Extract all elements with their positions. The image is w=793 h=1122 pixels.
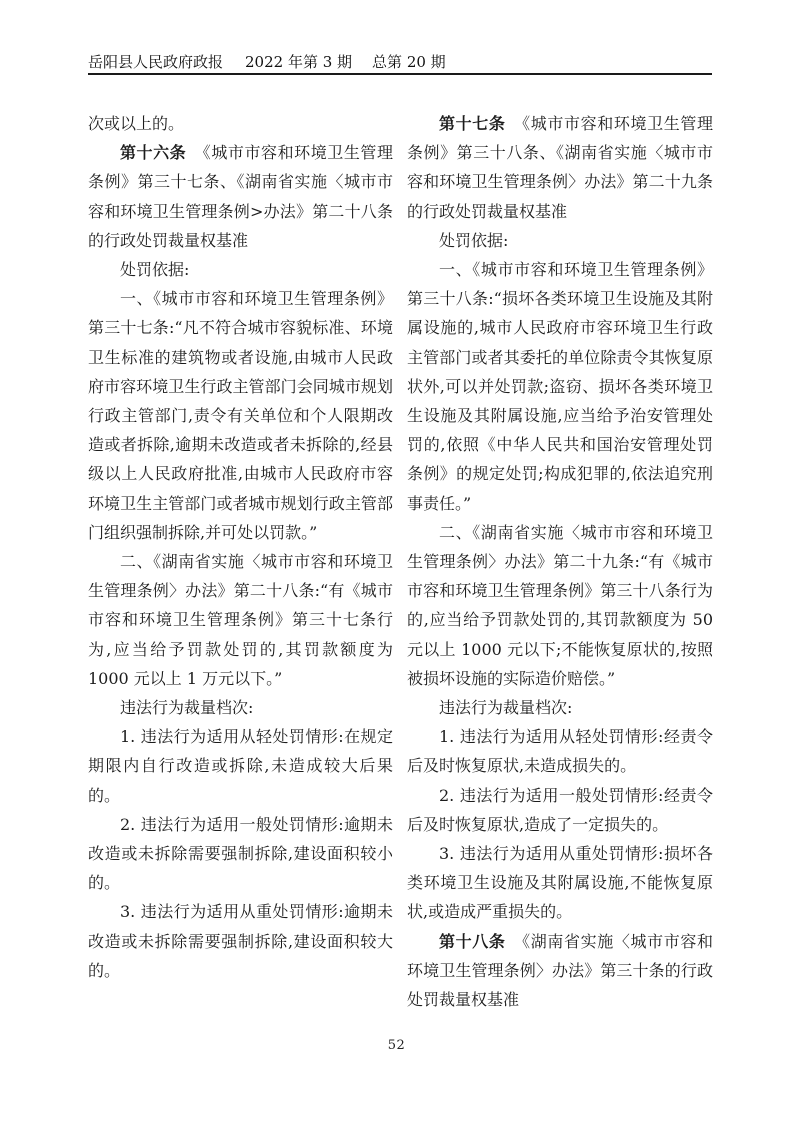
paragraph: 处罚依据:: [407, 226, 713, 255]
paragraph-text: 违法行为裁量档次:: [439, 698, 572, 717]
article-heading: 第十六条: [120, 143, 186, 162]
paragraph-text: 1. 违法行为适用从轻处罚情形:经责令后及时恢复原状,未造成损失的。: [407, 727, 713, 775]
paragraph-text: 3. 违法行为适用从重处罚情形:损坏各类环境卫生设施及其附属设施,不能恢复原状,…: [407, 844, 713, 921]
paragraph: 3. 违法行为适用从重处罚情形:损坏各类环境卫生设施及其附属设施,不能恢复原状,…: [407, 839, 713, 927]
paragraph-text: 违法行为裁量档次:: [120, 698, 253, 717]
paragraph: 处罚依据:: [88, 255, 393, 284]
paragraph: 3. 违法行为适用从重处罚情形:逾期未改造或未拆除需要强制拆除,建设面积较大的。: [88, 897, 393, 985]
paragraph: 第十八条 《湖南省实施〈城市市容和环境卫生管理条例〉办法》第三十条的行政处罚裁量…: [407, 927, 713, 1015]
gazette-issue: 2022 年第 3 期: [245, 53, 352, 71]
paragraph: 1. 违法行为适用从轻处罚情形:在规定期限内自行改造或拆除,未造成较大后果的。: [88, 722, 393, 810]
text-column-right: 第十七条 《城市市容和环境卫生管理条例》第三十八条、《湖南省实施〈城市市容和环境…: [407, 109, 713, 1014]
page-header: 岳阳县人民政府政报2022 年第 3 期总第 20 期: [88, 54, 712, 75]
paragraph-text: 1. 违法行为适用从轻处罚情形:在规定期限内自行改造或拆除,未造成较大后果的。: [88, 727, 393, 804]
paragraph: 二、《湖南省实施〈城市市容和环境卫生管理条例〉办法》第二十八条:“有《城市市容和…: [88, 547, 393, 693]
paragraph: 违法行为裁量档次:: [407, 693, 713, 722]
paragraph-text: 2. 违法行为适用一般处罚情形:经责令后及时恢复原状,造成了一定损失的。: [407, 786, 713, 834]
paragraph: 一、《城市市容和环境卫生管理条例》第三十八条:“损坏各类环境卫生设施及其附属设施…: [407, 255, 713, 518]
paragraph: 1. 违法行为适用从轻处罚情形:经责令后及时恢复原状,未造成损失的。: [407, 722, 713, 780]
paragraph-text: 一、《城市市容和环境卫生管理条例》第三十八条:“损坏各类环境卫生设施及其附属设施…: [407, 260, 713, 513]
paragraph-text: 二、《湖南省实施〈城市市容和环境卫生管理条例〉办法》第二十九条:“有《城市市容和…: [407, 523, 713, 688]
paragraph-text: 3. 违法行为适用从重处罚情形:逾期未改造或未拆除需要强制拆除,建设面积较大的。: [88, 902, 393, 979]
paragraph-text: 处罚依据:: [120, 260, 189, 279]
page-number: 52: [0, 1038, 793, 1053]
paragraph: 违法行为裁量档次:: [88, 693, 393, 722]
gazette-title: 岳阳县人民政府政报: [88, 53, 223, 71]
paragraph: 第十六条 《城市市容和环境卫生管理条例》第三十七条、《湖南省实施〈城市市容和环境…: [88, 138, 393, 255]
paragraph: 第十七条 《城市市容和环境卫生管理条例》第三十八条、《湖南省实施〈城市市容和环境…: [407, 109, 713, 226]
paragraph: 一、《城市市容和环境卫生管理条例》第三十七条:“凡不符合城市容貌标准、环境卫生标…: [88, 284, 393, 547]
gazette-page: 岳阳县人民政府政报2022 年第 3 期总第 20 期 次或以上的。第十六条 《…: [0, 0, 793, 1122]
paragraph: 二、《湖南省实施〈城市市容和环境卫生管理条例〉办法》第二十九条:“有《城市市容和…: [407, 518, 713, 693]
paragraph-text: 处罚依据:: [439, 231, 508, 250]
article-heading: 第十七条: [439, 114, 506, 133]
paragraph: 次或以上的。: [88, 109, 393, 138]
text-column-left: 次或以上的。第十六条 《城市市容和环境卫生管理条例》第三十七条、《湖南省实施〈城…: [88, 109, 393, 1014]
paragraph-text: 一、《城市市容和环境卫生管理条例》第三十七条:“凡不符合城市容貌标准、环境卫生标…: [88, 289, 393, 542]
paragraph: 2. 违法行为适用一般处罚情形:逾期未改造或未拆除需要强制拆除,建设面积较小的。: [88, 810, 393, 898]
article-heading: 第十八条: [439, 932, 506, 951]
gazette-volume: 总第 20 期: [372, 53, 446, 71]
paragraph-text: 次或以上的。: [88, 114, 184, 133]
paragraph: 2. 违法行为适用一般处罚情形:经责令后及时恢复原状,造成了一定损失的。: [407, 781, 713, 839]
page-body: 次或以上的。第十六条 《城市市容和环境卫生管理条例》第三十七条、《湖南省实施〈城…: [88, 109, 713, 1014]
paragraph-text: 二、《湖南省实施〈城市市容和环境卫生管理条例〉办法》第二十八条:“有《城市市容和…: [88, 552, 393, 688]
paragraph-text: 2. 违法行为适用一般处罚情形:逾期未改造或未拆除需要强制拆除,建设面积较小的。: [88, 815, 393, 892]
